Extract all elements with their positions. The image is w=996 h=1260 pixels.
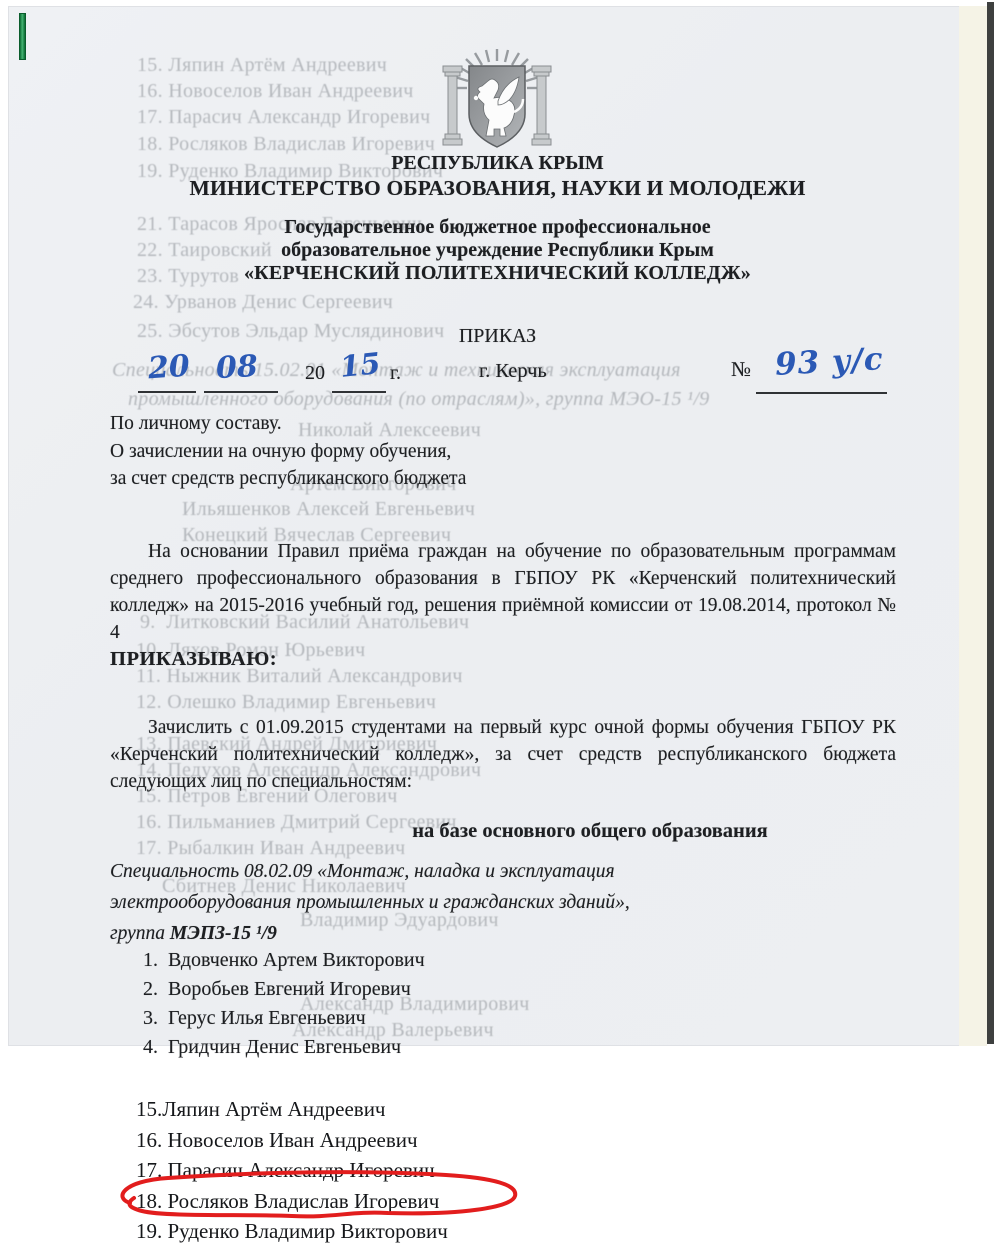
student-list-item: 19. Руденко Владимир Викторович [136,1216,448,1247]
specialty-block: Специальность 08.02.09 «Монтаж, наладка … [110,856,630,949]
college-name: «КЕРЧЕНСКИЙ ПОЛИТЕХНИЧЕСКИЙ КОЛЛЕДЖ» [8,262,987,285]
organization-line-1: Государственное бюджетное профессиональн… [8,216,987,239]
subject-line: О зачислении на очную форму обучения, [110,438,466,466]
year-underline [332,391,386,393]
handwritten-order-number: 93 у/с [774,341,884,383]
student-list-item: 1. Вдовченко Артем Викторович [143,946,425,975]
crimea-coat-of-arms-icon [442,48,552,160]
handwritten-month: 08 [215,349,259,386]
day-underline [138,391,196,393]
number-sign: № [731,357,751,382]
enroll-paragraph: Зачислить с 01.09.2015 студентами на пер… [110,714,896,795]
group-prefix: группа [110,923,170,944]
command-word: ПРИКАЗЫВАЮ: [110,648,277,671]
ministry-title: МИНИСТЕРСТВО ОБРАЗОВАНИЯ, НАУКИ И МОЛОДЕ… [8,176,987,201]
group-code: МЭПЗ-15 ¹/9 [170,923,277,944]
specialty-line-1: Специальность 08.02.09 «Монтаж, наладка … [110,856,630,887]
month-underline [204,391,278,393]
specialty-line-2: электрооборудования промышленных и гражд… [110,887,630,918]
document-page: 15. Ляпин Артём Андреевич16. Новоселов И… [0,0,996,1260]
subject-line: По личному составу. [110,410,466,438]
red-circle-annotation [122,1172,515,1216]
year-century-printed: 20 [305,362,325,385]
students-list-page1: 1. Вдовченко Артем Викторович2. Воробьев… [143,946,425,1062]
student-list-item: 2. Воробьев Евгений Игоревич [143,975,425,1004]
education-base-heading: на базе основного общего образования [285,820,895,843]
student-list-item: 4. Гридчин Денис Евгеньевич [143,1033,425,1062]
subject-line: за счет средств республиканского бюджета [110,465,466,493]
green-marker-artifact [19,13,26,60]
scanner-edge [987,2,994,1044]
organization-line-2: образовательное учреждение Республики Кр… [8,239,987,262]
order-subject: По личному составу.О зачислении на очную… [110,410,466,493]
year-suffix: г. [390,362,401,385]
student-list-item: 15.Ляпин Артём Андреевич [136,1094,448,1125]
handwritten-day: 20 [147,349,191,387]
student-list-item: 3. Герус Илья Евгеньевич [143,1004,425,1033]
basis-paragraph: На основании Правил приёма граждан на об… [110,538,896,646]
republic-title: РЕСПУБЛИКА КРЫМ [8,152,987,175]
city-label: г. Керчь [479,360,547,383]
specialty-group-line: группа МЭПЗ-15 ¹/9 [110,918,630,949]
handwritten-year: 15 [338,346,382,384]
student-list-item: 16. Новоселов Иван Андреевич [136,1125,448,1156]
red-circle-annotation-svg [104,1168,528,1220]
number-underline [756,392,887,394]
